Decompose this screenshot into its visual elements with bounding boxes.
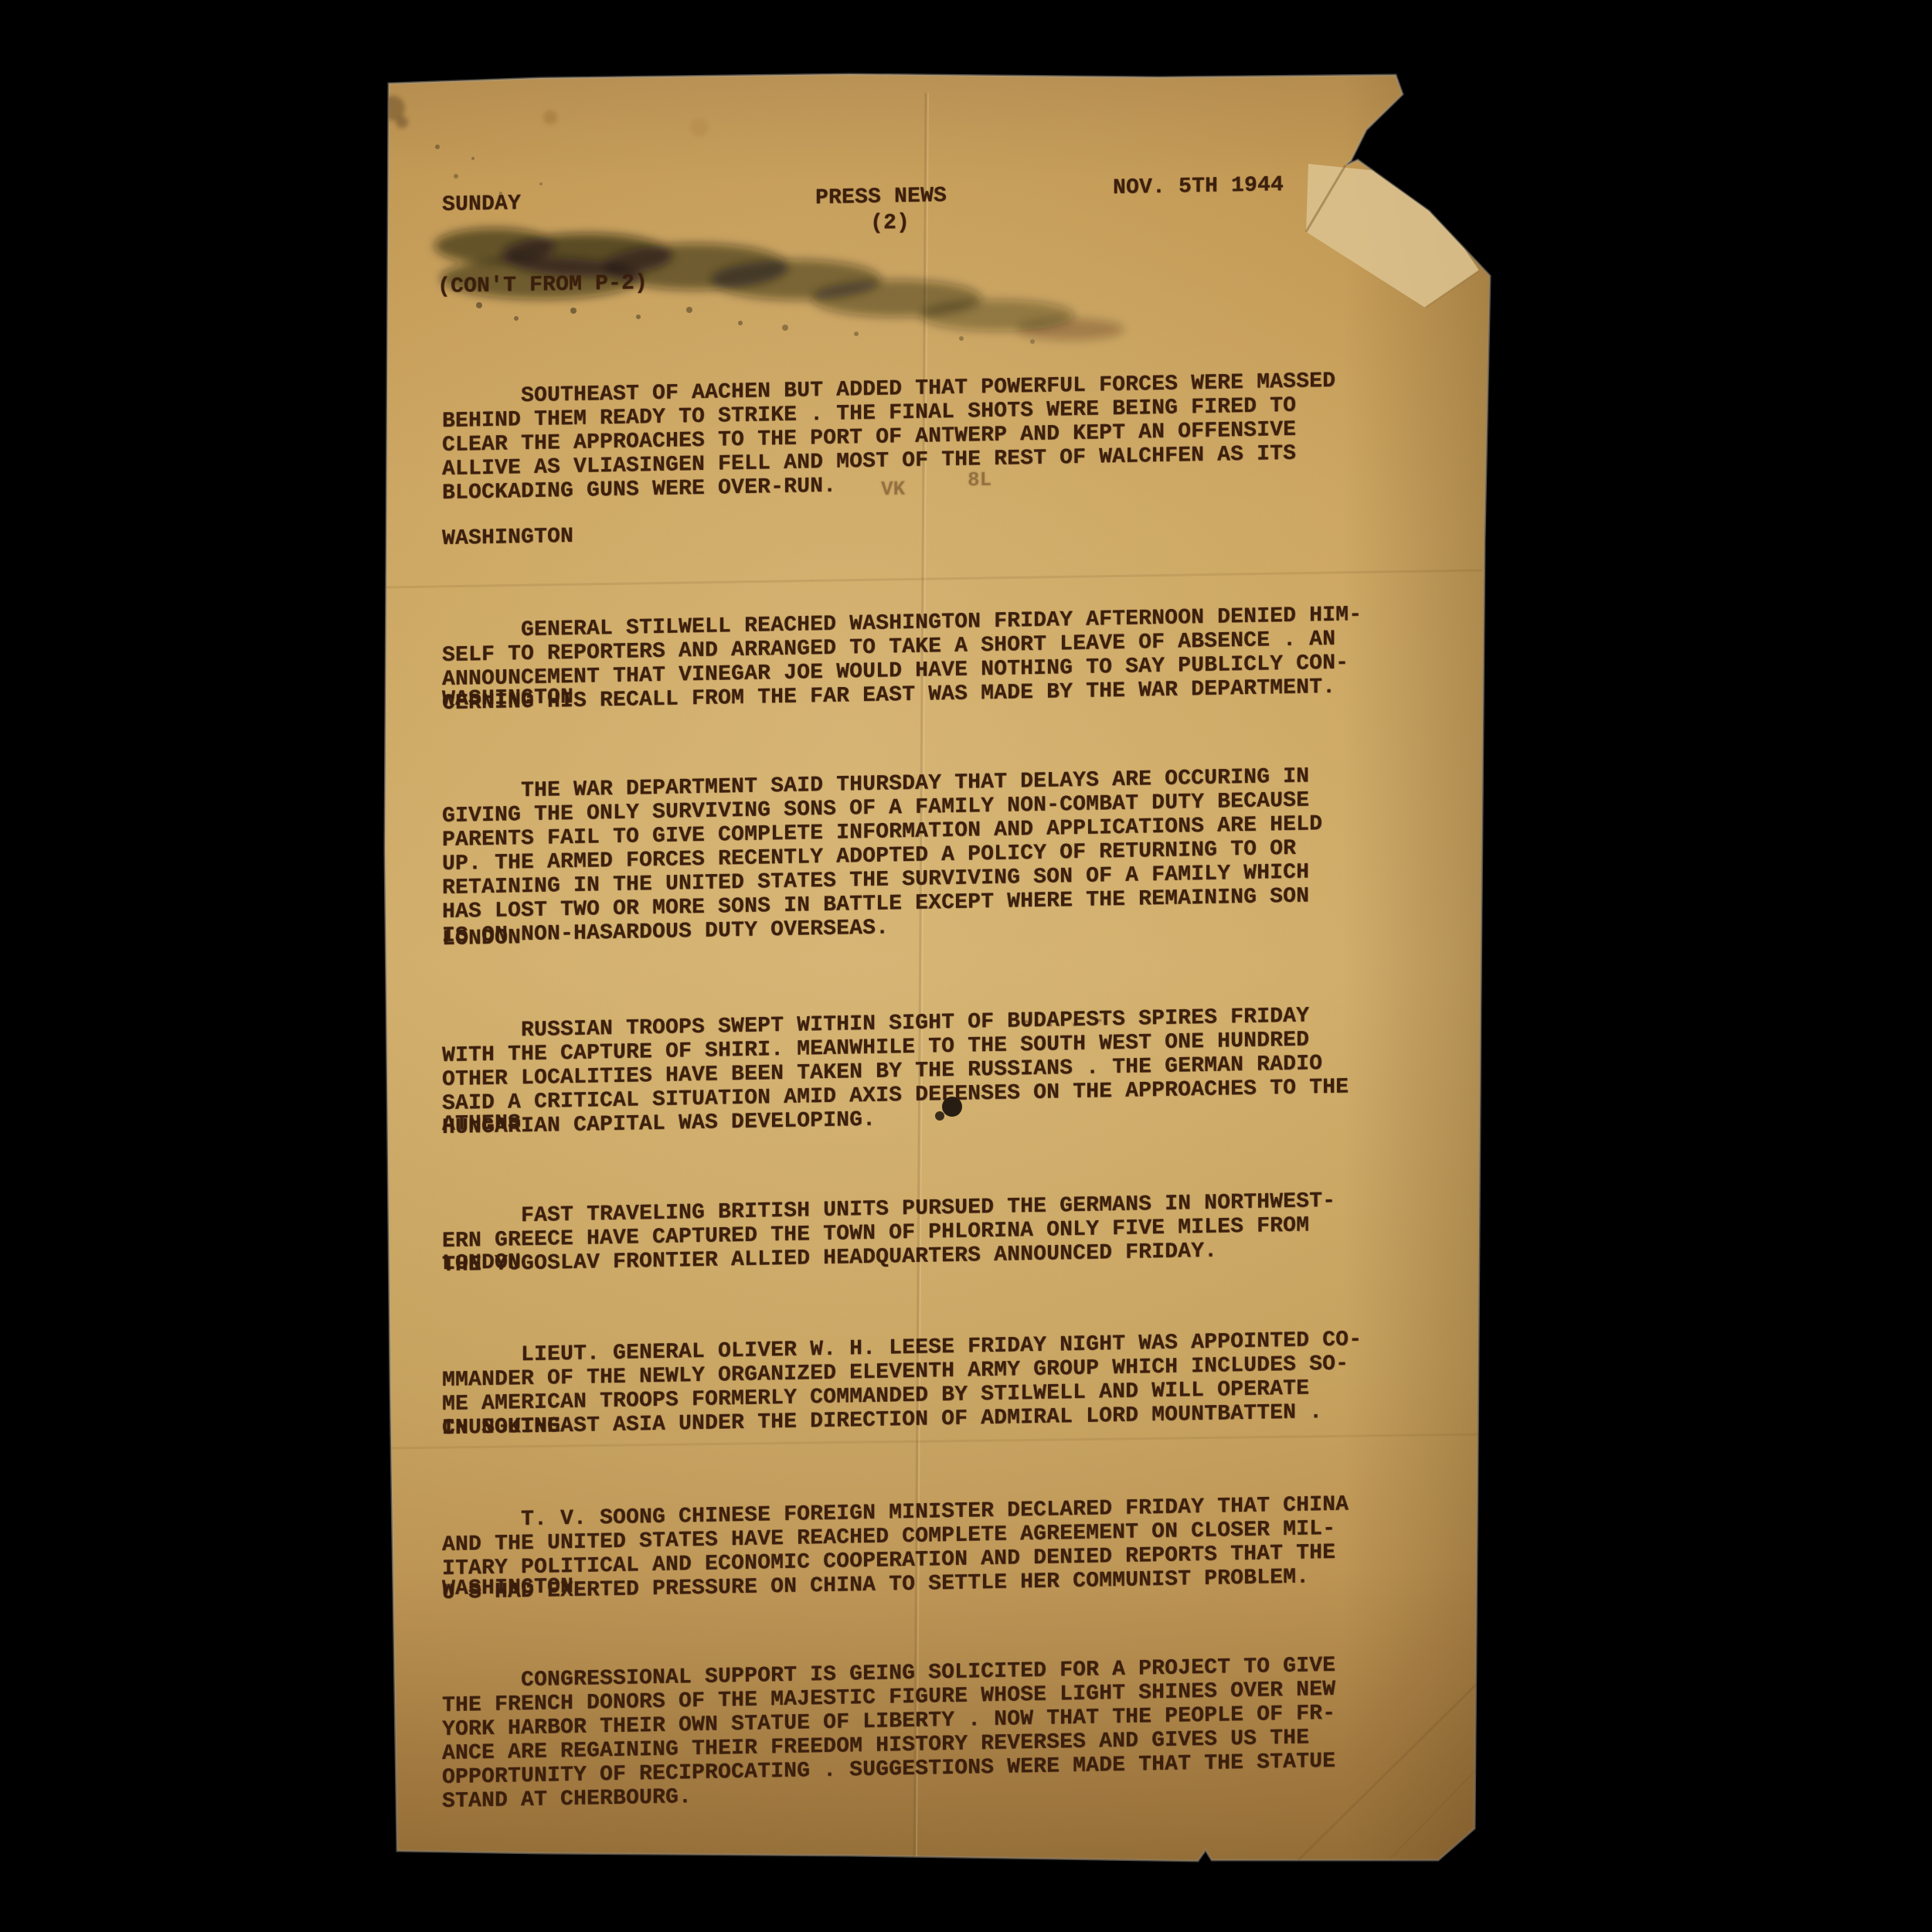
paper-sheet <box>0 0 1932 1932</box>
ink-blot <box>942 1097 962 1117</box>
photo-of-press-news-page: SUNDAY PRESS NEWS (2) NOV. 5TH 1944 (CON… <box>0 0 1932 1932</box>
